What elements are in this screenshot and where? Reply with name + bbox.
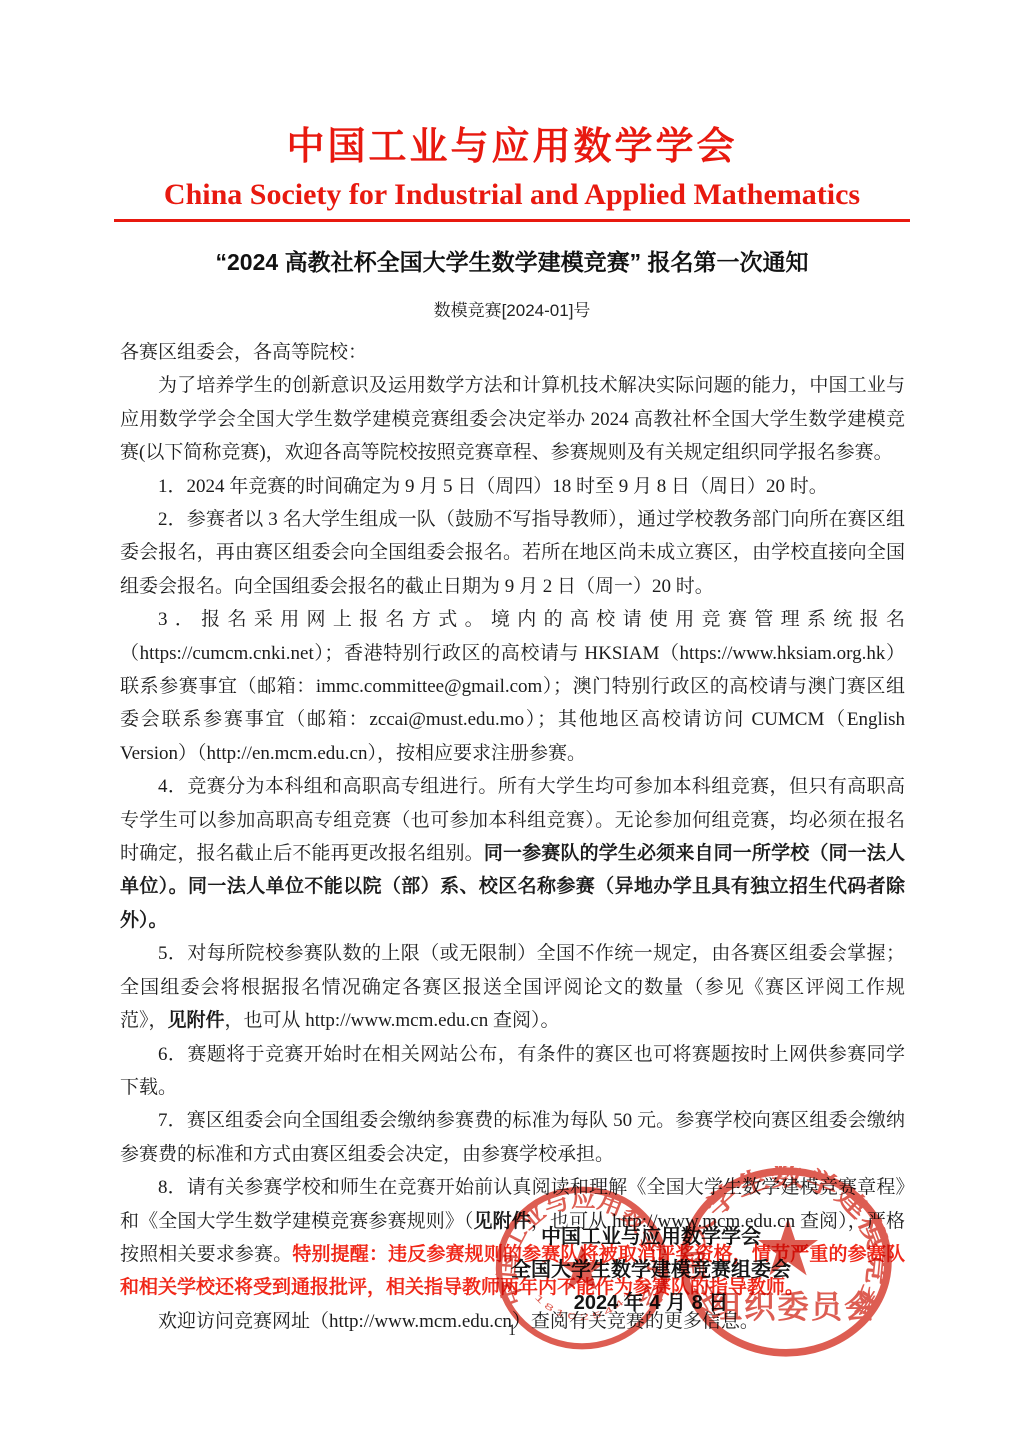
paragraph: 6．赛题将于竞赛开始时在相关网站公布，有条件的赛区也可将赛题按时上网供参赛同学下… <box>120 1038 905 1105</box>
notice-body: 各赛区组委会，各高等院校： 为了培养学生的创新意识及运用数学方法和计算机技术解决… <box>120 336 905 1338</box>
paragraph-segment: 6．赛题将于竞赛开始时在相关网站公布，有条件的赛区也可将赛题按时上网供参赛同学下… <box>120 1044 905 1098</box>
paragraph-segment: 3．报名采用网上报名方式。境内的高校请使用竞赛管理系统报名（https://cu… <box>120 609 905 764</box>
org-title-cn: 中国工业与应用数学学会 <box>0 128 1024 168</box>
document-header: 中国工业与应用数学学会 China Society for Industrial… <box>0 128 1024 321</box>
header-divider-rule <box>114 219 910 222</box>
page-number: 1 <box>0 1322 1024 1340</box>
paragraph: 为了培养学生的创新意识及运用数学方法和计算机技术解决实际问题的能力，中国工业与应… <box>120 369 905 469</box>
doc-number: 数模竞赛[2024-01]号 <box>0 296 1024 321</box>
notice-title: “2024 高教社杯全国大学生数学建模竞赛” 报名第一次通知 <box>0 249 1024 277</box>
salutation: 各赛区组委会，各高等院校： <box>120 336 905 369</box>
signature-org-line2: 全国大学生数学建模竞赛组委会 <box>494 1254 808 1287</box>
paragraph: 2．参赛者以 3 名大学生组成一队（鼓励不写指导教师），通过学校教务部门向所在赛… <box>120 503 905 603</box>
paragraph-segment: 为了培养学生的创新意识及运用数学方法和计算机技术解决实际问题的能力，中国工业与应… <box>120 375 905 463</box>
paragraph-segment: 2．参赛者以 3 名大学生组成一队（鼓励不写指导教师），通过学校教务部门向所在赛… <box>120 509 905 597</box>
paragraph: 7．赛区组委会向全国组委会缴纳参赛费的标准为每队 50 元。参赛学校向赛区组委会… <box>120 1104 905 1171</box>
paragraph: 5．对每所院校参赛队数的上限（或无限制）全国不作统一规定，由各赛区组委会掌握；全… <box>120 937 905 1037</box>
signature-block: 中国工业与应用数学学会 全国大学生数学建模竞赛组委会 2024 年 4 月 8 … <box>494 1221 808 1320</box>
paragraph: 1．2024 年竞赛的时间确定为 9 月 5 日（周四）18 时至 9 月 8 … <box>120 470 905 503</box>
document-page: 中国工业与应用数学学会 China Society for Industrial… <box>0 0 1024 1448</box>
paragraph: 4．竞赛分为本科组和高职高专组进行。所有大学生均可参加本科组竞赛，但只有高职高专… <box>120 770 905 937</box>
signature-date: 2024 年 4 月 8 日 <box>494 1287 808 1320</box>
paragraph-segment: ，也可从 http://www.mcm.edu.cn 查阅）。 <box>225 1010 560 1031</box>
paragraph: 3．报名采用网上报名方式。境内的高校请使用竞赛管理系统报名（https://cu… <box>120 603 905 770</box>
paragraph-segment: 7．赛区组委会向全国组委会缴纳参赛费的标准为每队 50 元。参赛学校向赛区组委会… <box>120 1110 905 1164</box>
paragraph-segment: 1．2024 年竞赛的时间确定为 9 月 5 日（周四）18 时至 9 月 8 … <box>158 476 828 497</box>
signature-org-line1: 中国工业与应用数学学会 <box>494 1221 808 1254</box>
paragraph-segment: 见附件 <box>168 1010 225 1031</box>
body-paragraphs: 为了培养学生的创新意识及运用数学方法和计算机技术解决实际问题的能力，中国工业与应… <box>120 369 905 1338</box>
org-title-en: China Society for Industrial and Applied… <box>0 179 1024 211</box>
